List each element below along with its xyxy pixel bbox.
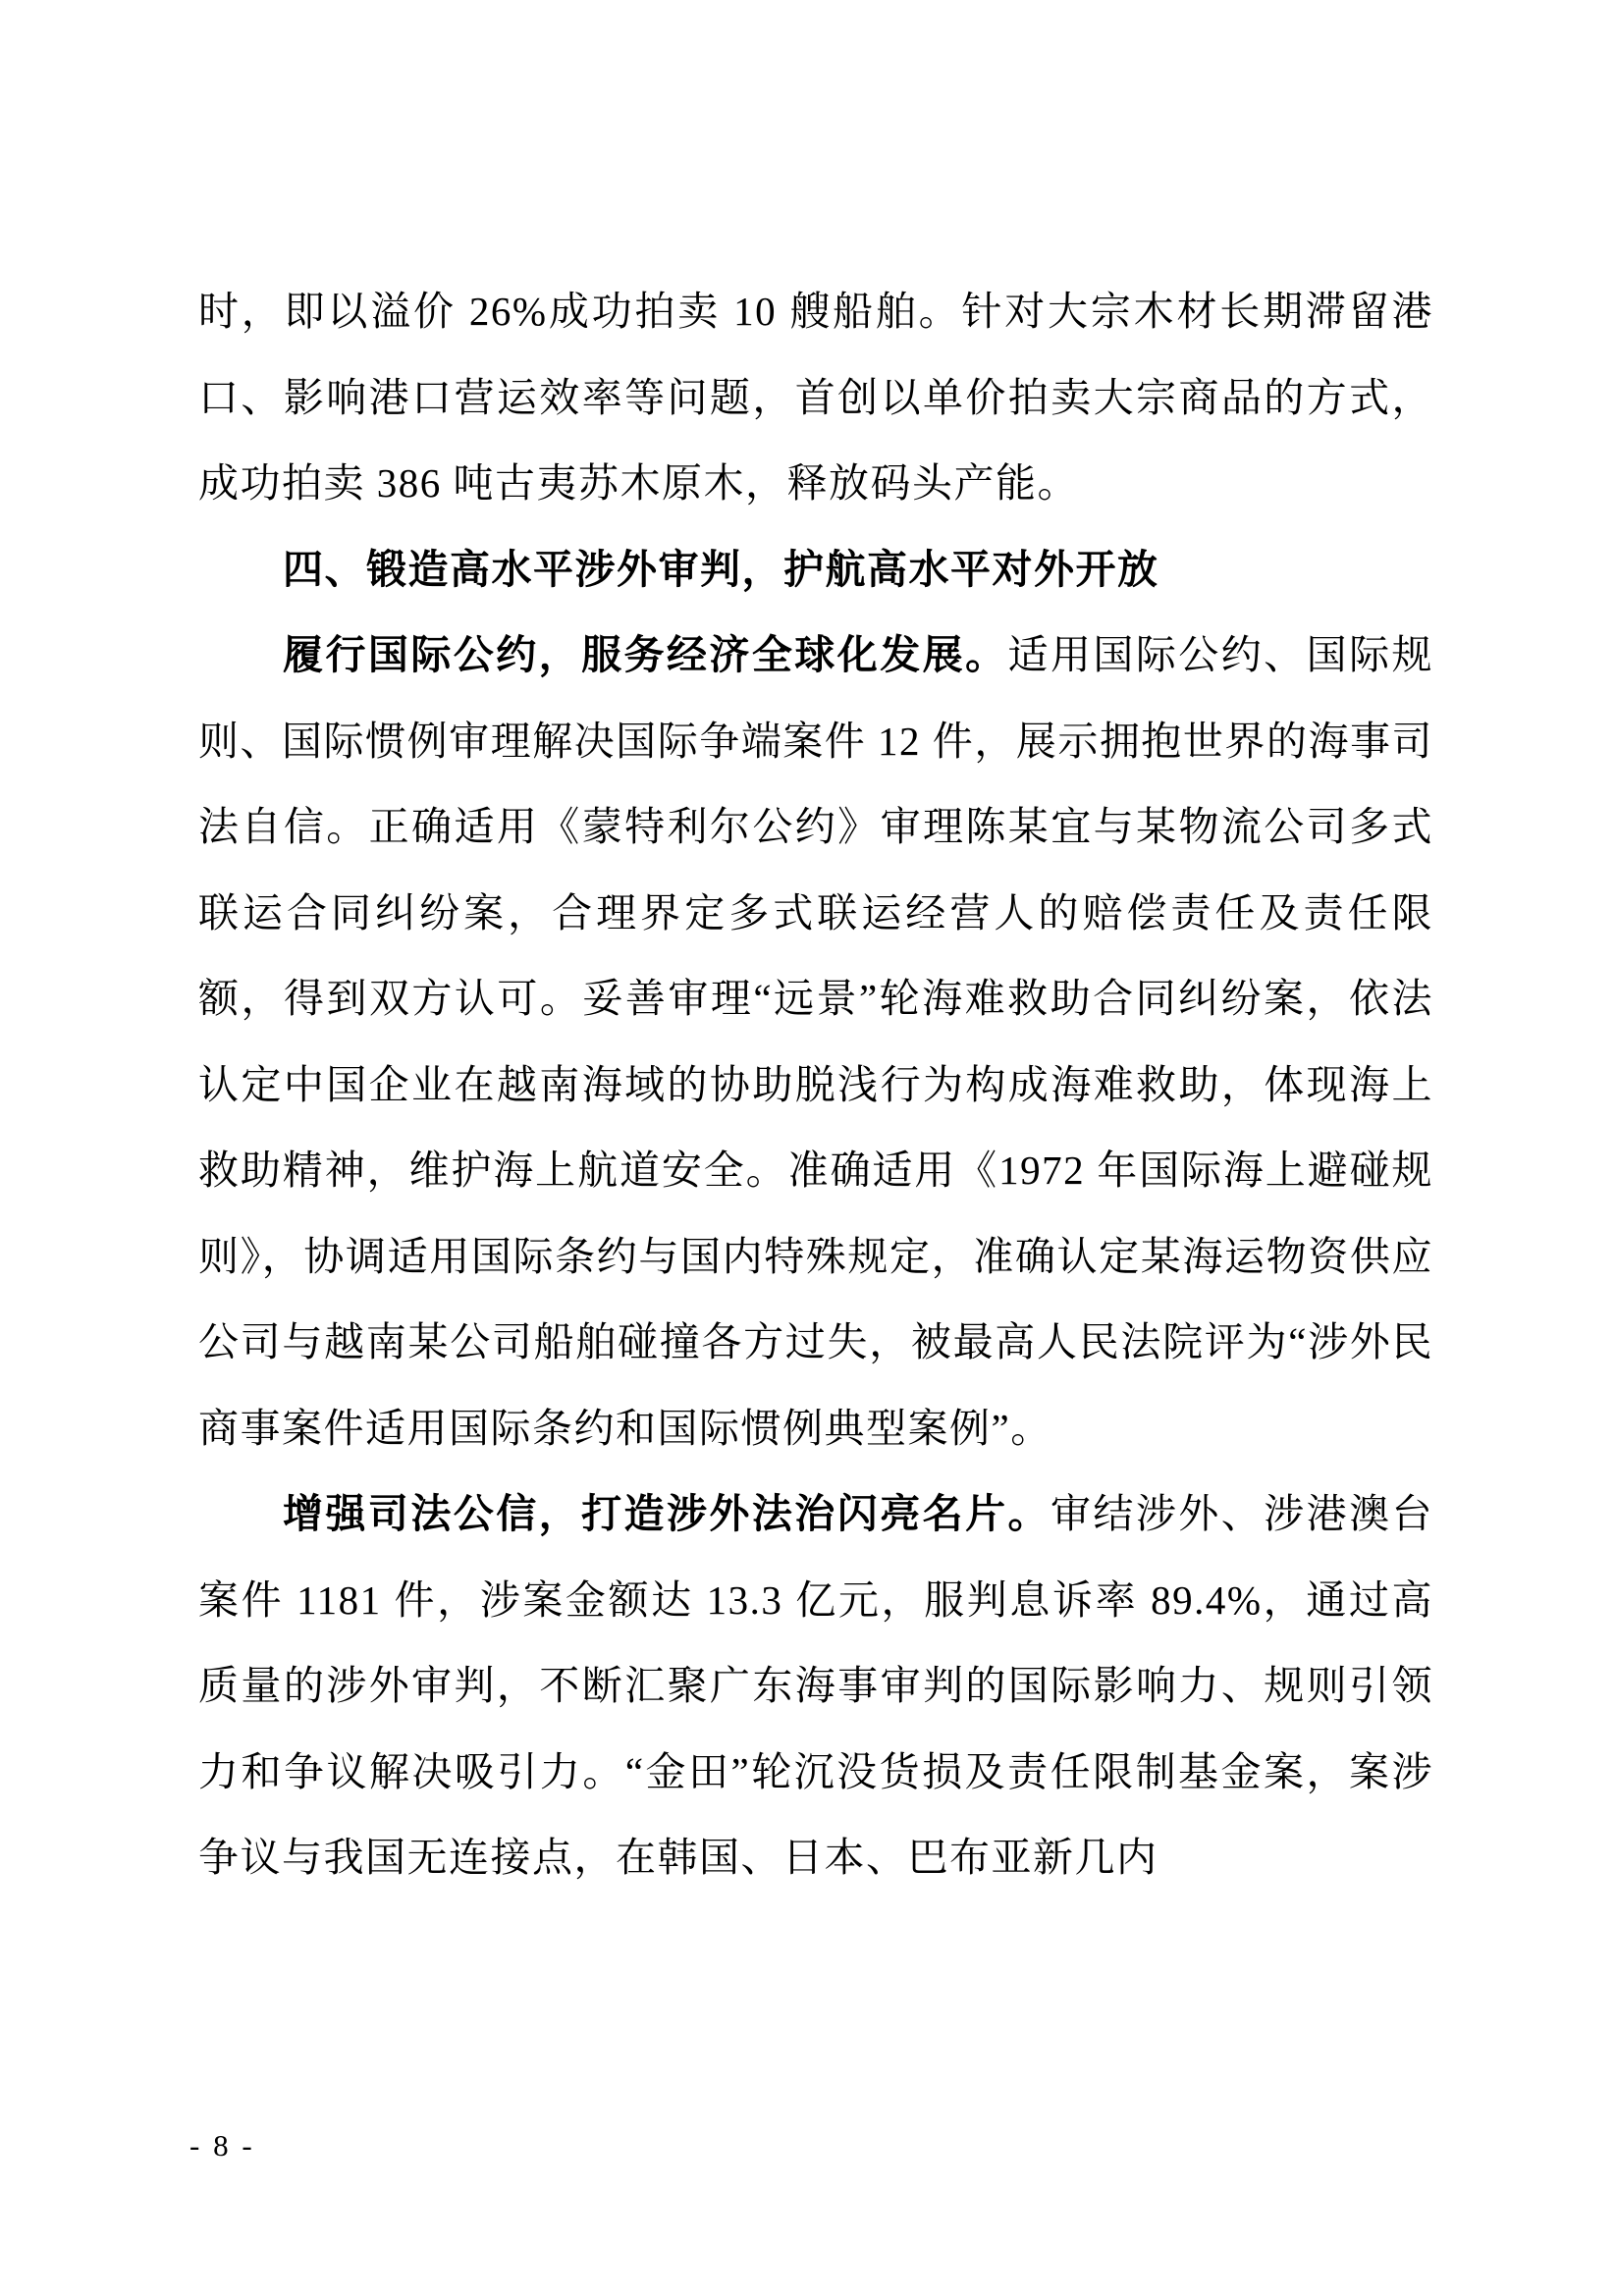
paragraph: 时，即以溢价 26%成功拍卖 10 艘船舶。针对大宗木材长期滞留港口、影响港口营… bbox=[198, 269, 1433, 527]
text-run: 时，即以溢价 26%成功拍卖 10 艘船舶。针对大宗木材长期滞留港口、影响港口营… bbox=[198, 289, 1433, 506]
document-page: 时，即以溢价 26%成功拍卖 10 艘船舶。针对大宗木材长期滞留港口、影响港口营… bbox=[0, 0, 1616, 2296]
text-run: 审结涉外、涉港澳台案件 1181 件，涉案金额达 13.3 亿元，服判息诉率 8… bbox=[198, 1491, 1433, 1880]
emphasis-run: 履行国际公约，服务经济全球化发展。 bbox=[283, 632, 1008, 677]
document-body: 时，即以溢价 26%成功拍卖 10 艘船舶。针对大宗木材长期滞留港口、影响港口营… bbox=[198, 269, 1433, 1901]
paragraph: 履行国际公约，服务经济全球化发展。适用国际公约、国际规则、国际惯例审理解决国际争… bbox=[198, 613, 1433, 1471]
section-heading: 四、锻造高水平涉外审判，护航高水平对外开放 bbox=[198, 527, 1433, 614]
emphasis-run: 增强司法公信，打造涉外法治闪亮名片。 bbox=[283, 1491, 1050, 1536]
page-number: - 8 - bbox=[189, 2128, 255, 2163]
emphasis-run: 四、锻造高水平涉外审判，护航高水平对外开放 bbox=[283, 547, 1159, 592]
text-run: 适用国际公约、国际规则、国际惯例审理解决国际争端案件 12 件，展示拥抱世界的海… bbox=[198, 632, 1433, 1451]
paragraph: 增强司法公信，打造涉外法治闪亮名片。审结涉外、涉港澳台案件 1181 件，涉案金… bbox=[198, 1471, 1433, 1901]
